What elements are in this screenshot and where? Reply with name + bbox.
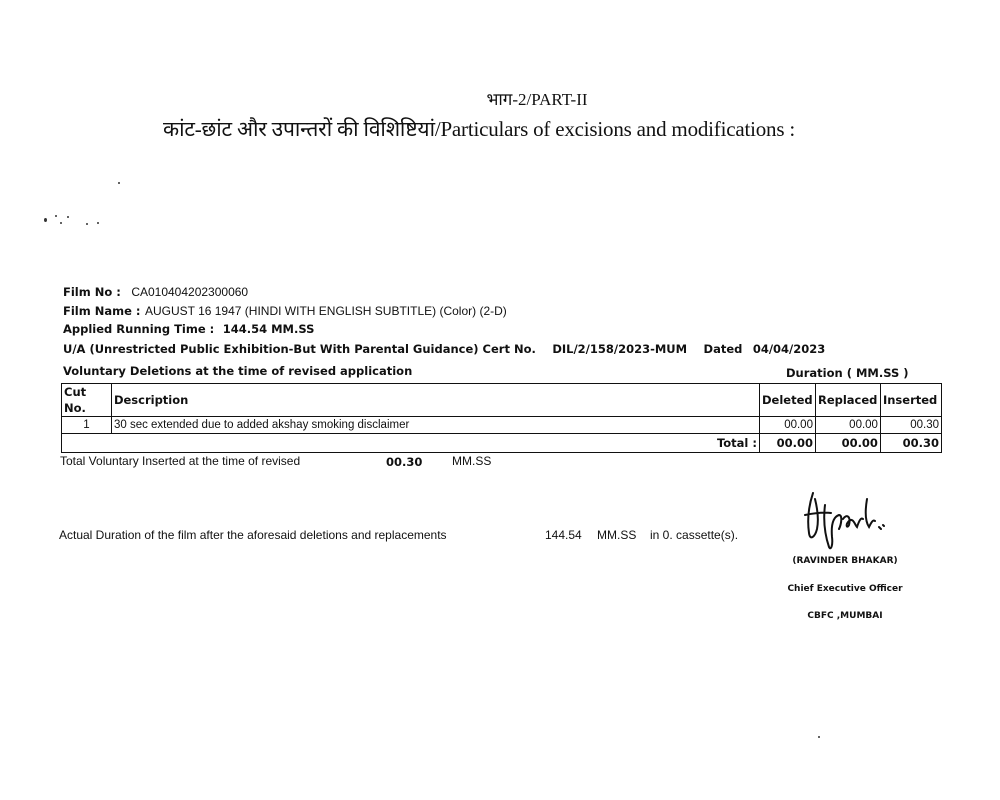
running-time-value: 144.54 MM.SS (223, 322, 315, 336)
replaced-value: 00.00 (815, 417, 880, 434)
inserted-summary-value: 00.30 (386, 455, 422, 469)
running-time-label: Applied Running Time : (63, 322, 214, 336)
total-inserted: 00.30 (880, 434, 941, 453)
actual-duration-label: Actual Duration of the film after the af… (59, 528, 447, 542)
scan-speck (86, 223, 88, 225)
column-header: Replaced (815, 384, 880, 417)
signatory-role: Chief Executive Officer (770, 584, 920, 594)
film-name-label: Film Name : (63, 304, 141, 318)
scan-speck (118, 182, 120, 184)
column-header: Inserted (880, 384, 941, 417)
film-name-value: AUGUST 16 1947 (HINDI WITH ENGLISH SUBTI… (145, 304, 507, 318)
total-label: Total : (62, 434, 760, 453)
scan-speck (67, 216, 69, 218)
page-title: कांट-छांट और उपान्तरों की विशिष्टियां/Pa… (163, 115, 795, 143)
running-time-row: Applied Running Time : 144.54 MM.SS (63, 320, 314, 338)
cut-number: 1 (62, 417, 112, 434)
inserted-summary-unit: MM.SS (452, 454, 491, 468)
film-no-row: Film No : CA010404202300060 (63, 283, 248, 301)
inserted-summary-label: Total Voluntary Inserted at the time of … (60, 454, 300, 468)
inserted-value: 00.30 (880, 417, 941, 434)
scan-speck (60, 222, 62, 224)
scan-speck (818, 736, 820, 738)
deleted-value: 00.00 (759, 417, 815, 434)
scan-speck (55, 215, 57, 217)
actual-duration-unit: MM.SS (597, 528, 636, 542)
part-heading: भाग-2/PART-II (0, 87, 1000, 110)
dated-label: Dated (704, 342, 743, 356)
table-total-row: Total : 00.00 00.00 00.30 (62, 434, 942, 453)
column-header: Deleted (759, 384, 815, 417)
signatory-organization: CBFC ,MUMBAI (780, 611, 910, 621)
column-header: Description (111, 384, 759, 417)
cut-description: 30 sec extended due to added akshay smok… (111, 417, 759, 434)
signature-image (795, 485, 905, 555)
table-row: 1 30 sec extended due to added akshay sm… (62, 417, 942, 434)
scan-speck (44, 218, 47, 222)
certificate-row: U/A (Unrestricted Public Exhibition-But … (63, 340, 825, 358)
scan-speck (97, 222, 99, 224)
certificate-number: DIL/2/158/2023-MUM (552, 342, 687, 356)
part-label: भाग-2/PART-II (486, 90, 587, 109)
signatory-name: (RAVINDER BHAKAR) (780, 556, 910, 566)
film-name-row: Film Name : AUGUST 16 1947 (HINDI WITH E… (63, 302, 507, 320)
actual-duration-value: 144.54 (545, 528, 582, 542)
table-header-row: Cut No. Description Deleted Replaced Ins… (62, 384, 942, 417)
film-no-value: CA010404202300060 (131, 285, 248, 299)
total-deleted: 00.00 (759, 434, 815, 453)
film-no-label: Film No : (63, 285, 121, 299)
cassette-count: in 0. cassette(s). (650, 528, 738, 542)
deletions-title: Voluntary Deletions at the time of revis… (63, 364, 412, 378)
total-replaced: 00.00 (815, 434, 880, 453)
duration-label: Duration ( MM.SS ) (786, 366, 909, 380)
certificate-label: U/A (Unrestricted Public Exhibition-But … (63, 342, 536, 356)
column-header: Cut No. (62, 384, 112, 417)
cuts-table: Cut No. Description Deleted Replaced Ins… (61, 383, 942, 453)
dated-value: 04/04/2023 (753, 342, 825, 356)
